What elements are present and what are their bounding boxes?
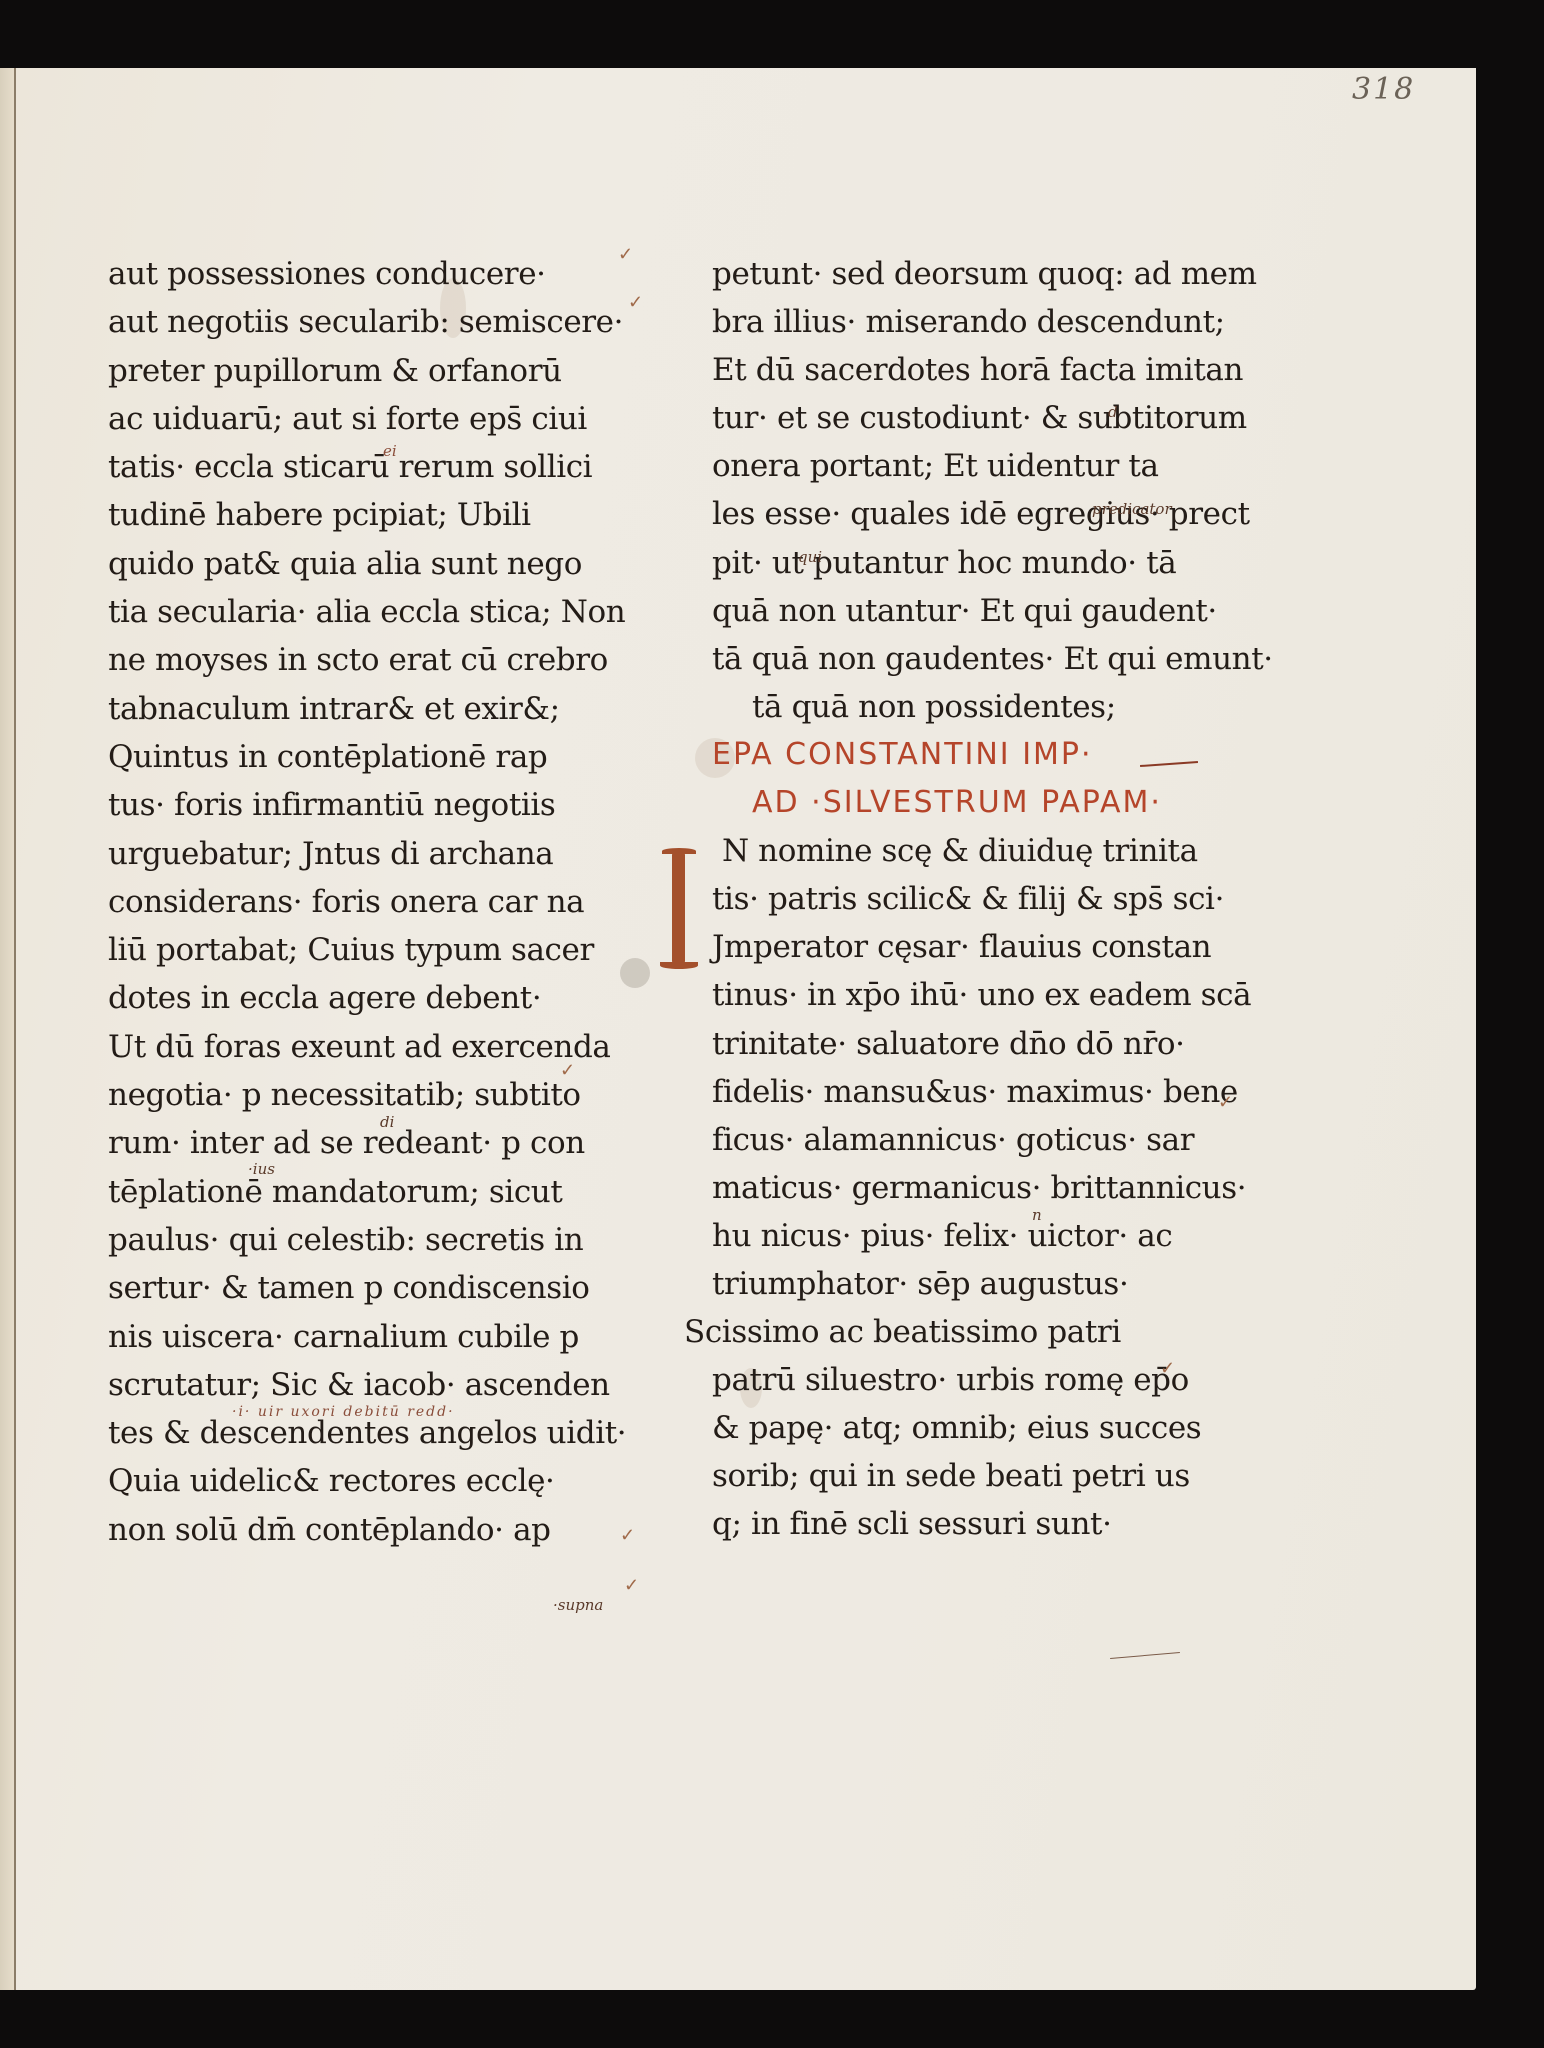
- text-line: sorib; qui in sede beati petri us: [712, 1452, 1272, 1500]
- text-line: Scissimo ac beatissimo patri: [684, 1308, 1272, 1356]
- text-line: ne moyses in scto erat cū crebro: [108, 636, 648, 684]
- initial-serif: [660, 962, 698, 969]
- text-line: les esse· quales idē egregius· prect: [712, 490, 1272, 538]
- red-initial-letter: [662, 846, 694, 972]
- text-line: dotes in eccla agere debent·: [108, 974, 648, 1022]
- text-line: triumphator· sēp augustus·: [712, 1260, 1272, 1308]
- interlinear-gloss: ·supna: [553, 1598, 603, 1613]
- text-line: trinitate· saluatore dn̄o dō nr̄o·: [712, 1020, 1272, 1068]
- initial-stem: [672, 852, 685, 964]
- interlinear-gloss: qui: [798, 550, 822, 565]
- text-line: aut negotiis secularib: semiscere·: [108, 298, 648, 346]
- text-line: maticus· germanicus· brittannicus·: [712, 1164, 1272, 1212]
- text-line: preter pupillorum & orfanorū: [108, 347, 648, 395]
- text-line: q; in finē scli sessuri sunt·: [712, 1500, 1272, 1548]
- marginal-check-mark: ✓: [618, 244, 633, 265]
- marginal-check-mark: ✓: [620, 1525, 635, 1546]
- text-line: Quintus in contēplationē rap: [108, 733, 648, 781]
- text-line: tēplationē mandatorum; sicut: [108, 1168, 648, 1216]
- text-line: tia secularia· alia eccla stica; Non: [108, 588, 648, 636]
- text-line: petunt· sed deorsum quoq: ad mem: [712, 250, 1272, 298]
- text-line: tā quā non possidentes;: [712, 683, 1272, 731]
- text-line: urguebatur; Jntus di archana: [108, 830, 648, 878]
- right-column: petunt· sed deorsum quoq: ad mem bra ill…: [712, 250, 1272, 1549]
- marginal-check-mark: ✓: [560, 1060, 575, 1081]
- text-line: N nomine scę & diuiduę trinita: [712, 827, 1272, 875]
- text-line: scrutatur; Sic & iacob· ascenden: [108, 1361, 648, 1409]
- text-line: aut possessiones conducere·: [108, 250, 648, 298]
- left-column: aut possessiones conducere· aut negotiis…: [108, 250, 648, 1554]
- text-line: fidelis· mansu&us· maximus· bene: [712, 1068, 1272, 1116]
- folio-number: 318: [1352, 72, 1415, 107]
- text-line: quā non utantur· Et qui gaudent·: [712, 587, 1272, 635]
- rubric-title-line: AD ·SILVESTRUM PAPAM·: [712, 779, 1272, 827]
- text-line: patrū siluestro· urbis romę ep̄o: [712, 1356, 1272, 1404]
- text-line: tinus· in xp̄o ihū· uno ex eadem scā: [712, 971, 1272, 1019]
- text-line: onera portant; Et uidentur ta: [712, 442, 1272, 490]
- text-line: paulus· qui celestib: secretis in: [108, 1216, 648, 1264]
- text-line: Et dū sacerdotes horā facta imitan: [712, 346, 1272, 394]
- interlinear-gloss: ·i· uir uxori debitū redd·: [232, 1405, 455, 1419]
- text-line: rum· inter ad se redeant· p con: [108, 1119, 648, 1167]
- text-line: tur· et se custodiunt· & subtitorum: [712, 394, 1272, 442]
- interlinear-gloss: predicator: [1092, 502, 1172, 517]
- text-line: Jmperator cęsar· flauius constan: [712, 923, 1272, 971]
- interlinear-gloss: d: [1108, 405, 1118, 420]
- marginal-check-mark: ✓: [1160, 1358, 1175, 1379]
- text-line: sertur· & tamen p condiscensio: [108, 1264, 648, 1312]
- interlinear-gloss: n: [1032, 1208, 1042, 1223]
- text-line: Quia uidelic& rectores ecclę·: [108, 1457, 648, 1505]
- text-line: & papę· atq; omnib; eius succes: [712, 1404, 1272, 1452]
- text-line: quido pat& quia alia sunt nego: [108, 540, 648, 588]
- text-line: tus· foris infirmantiū negotiis: [108, 781, 648, 829]
- interlinear-gloss: di: [380, 1115, 394, 1130]
- text-line: nis uiscera· carnalium cubile p: [108, 1313, 648, 1361]
- text-line: ac uiduarū; aut si forte eps̄ ciui: [108, 395, 648, 443]
- text-line: hu nicus· pius· felix· uictor· ac: [712, 1212, 1272, 1260]
- interlinear-gloss: ei: [383, 444, 397, 459]
- text-line: liū portabat; Cuius typum sacer: [108, 926, 648, 974]
- text-line: bra illius· miserando descendunt;: [712, 298, 1272, 346]
- text-line: non solū dm̄ contēplando· ap: [108, 1506, 648, 1554]
- marginal-check-mark: ✓: [628, 292, 643, 313]
- marginal-check-mark: ✓: [1218, 1092, 1233, 1113]
- text-line: pit· ut putantur hoc mundo· tā: [712, 539, 1272, 587]
- text-line: considerans· foris onera car na: [108, 878, 648, 926]
- text-line: ficus· alamannicus· goticus· sar: [712, 1116, 1272, 1164]
- text-line: tā quā non gaudentes· Et qui emunt·: [712, 635, 1272, 683]
- text-line: tatis· eccla sticarū rerum sollici: [108, 443, 648, 491]
- rubric-title-line: EPA CONSTANTINI IMP·: [712, 731, 1272, 779]
- text-line: tis· patris scilic& & filij & sps̄ sci·: [712, 875, 1272, 923]
- marginal-check-mark: ✓: [624, 1575, 639, 1596]
- interlinear-gloss: ·ius: [248, 1162, 275, 1177]
- text-line: tudinē habere pcipiat; Ubili: [108, 491, 648, 539]
- text-line: tabnaculum intrar& et exir&;: [108, 685, 648, 733]
